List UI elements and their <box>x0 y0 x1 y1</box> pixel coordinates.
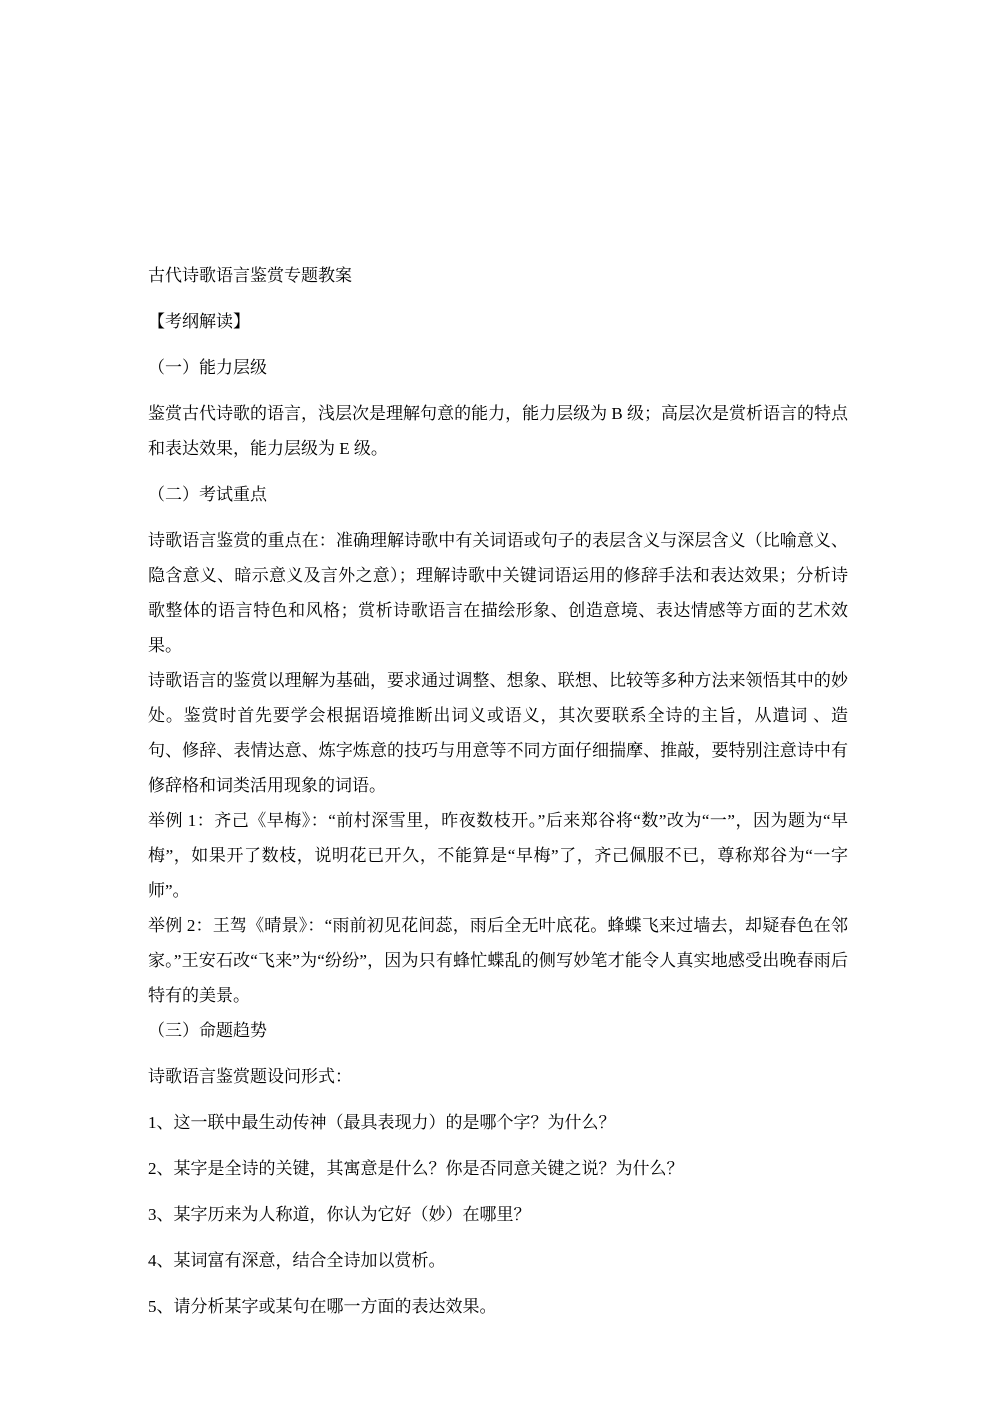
paragraph-exam-focus: 诗歌语言鉴赏的重点在：准确理解诗歌中有关词语或句子的表层含义与深层含义（比喻意义… <box>148 523 848 663</box>
paragraph-question-forms-intro: 诗歌语言鉴赏题设问形式： <box>148 1059 848 1094</box>
paragraph-appreciation-method: 诗歌语言的鉴赏以理解为基础，要求通过调整、想象、联想、比较等多种方法来领悟其中的… <box>148 663 848 803</box>
section-heading-exam-outline: 【考纲解读】 <box>148 304 848 339</box>
paragraph-example-2: 举例 2：王驾《晴景》：“雨前初见花间蕊，雨后全无叶底花。蜂蝶飞来过墙去，却疑春… <box>148 908 848 1013</box>
paragraph-ability-level: 鉴赏古代诗歌的语言，浅层次是理解句意的能力，能力层级为 B 级；高层次是赏析语言… <box>148 396 848 466</box>
question-form-4: 4、某词富有深意，结合全诗加以赏析。 <box>148 1243 848 1278</box>
question-form-2: 2、某字是全诗的关键，其寓意是什么？你是否同意关键之说？为什么？ <box>148 1151 848 1186</box>
subsection-heading-question-trend: （三）命题趋势 <box>148 1013 848 1048</box>
question-form-1: 1、这一联中最生动传神（最具表现力）的是哪个字？为什么？ <box>148 1105 848 1140</box>
document-page: 古代诗歌语言鉴赏专题教案 【考纲解读】 （一）能力层级 鉴赏古代诗歌的语言，浅层… <box>0 0 993 1404</box>
document-title: 古代诗歌语言鉴赏专题教案 <box>148 258 848 293</box>
subsection-heading-exam-focus: （二）考试重点 <box>148 477 848 512</box>
subsection-heading-ability-level: （一）能力层级 <box>148 350 848 385</box>
question-form-5: 5、请分析某字或某句在哪一方面的表达效果。 <box>148 1289 848 1324</box>
question-form-3: 3、某字历来为人称道，你认为它好（妙）在哪里？ <box>148 1197 848 1232</box>
document-body: 古代诗歌语言鉴赏专题教案 【考纲解读】 （一）能力层级 鉴赏古代诗歌的语言，浅层… <box>148 258 848 1324</box>
paragraph-example-1: 举例 1：齐己《早梅》：“前村深雪里，昨夜数枝开。”后来郑谷将“数”改为“一”，… <box>148 803 848 908</box>
